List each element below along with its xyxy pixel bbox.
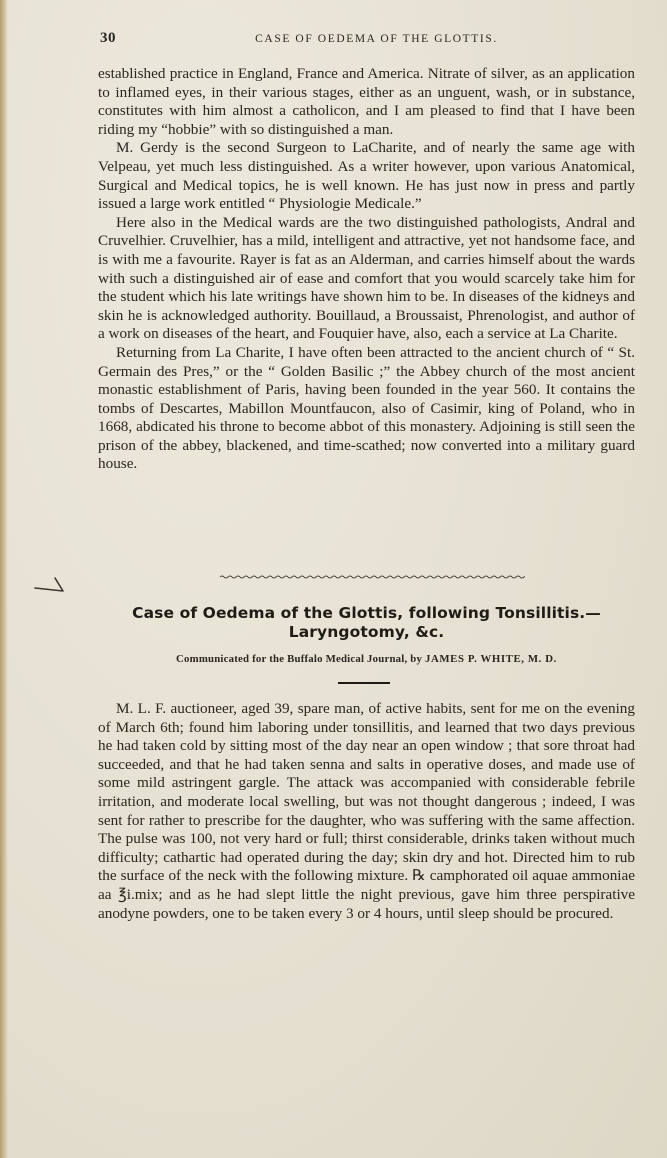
paragraph: M. Gerdy is the second Surgeon to LaChar… bbox=[98, 139, 635, 213]
page-spine-edge bbox=[0, 0, 8, 1158]
handwritten-margin-mark-icon bbox=[33, 576, 69, 598]
running-title: CASE OF OEDEMA OF THE GLOTTIS. bbox=[98, 33, 635, 45]
paragraph: Returning from La Charite, I have often … bbox=[98, 344, 635, 474]
paragraph: M. L. F. auctioneer, aged 39, spare man,… bbox=[98, 700, 635, 923]
book-page: 30 CASE OF OEDEMA OF THE GLOTTIS. establ… bbox=[0, 0, 667, 1158]
byline: Communicated for the Buffalo Medical Jou… bbox=[98, 653, 635, 665]
paragraph: established practice in England, France … bbox=[98, 65, 635, 139]
section-divider-wavy-rule bbox=[220, 574, 525, 580]
paragraph: Here also in the Medical wards are the t… bbox=[98, 214, 635, 344]
article-body: M. L. F. auctioneer, aged 39, spare man,… bbox=[98, 700, 635, 923]
continued-section: established practice in England, France … bbox=[98, 65, 635, 474]
byline-prefix: Communicated for the Buffalo Medical Jou… bbox=[176, 653, 422, 665]
article-title: Case of Oedema of the Glottis, following… bbox=[98, 604, 635, 642]
byline-author: JAMES P. WHITE, M. D. bbox=[425, 653, 557, 665]
title-underline-rule bbox=[338, 682, 390, 684]
running-head: 30 CASE OF OEDEMA OF THE GLOTTIS. bbox=[98, 30, 635, 50]
